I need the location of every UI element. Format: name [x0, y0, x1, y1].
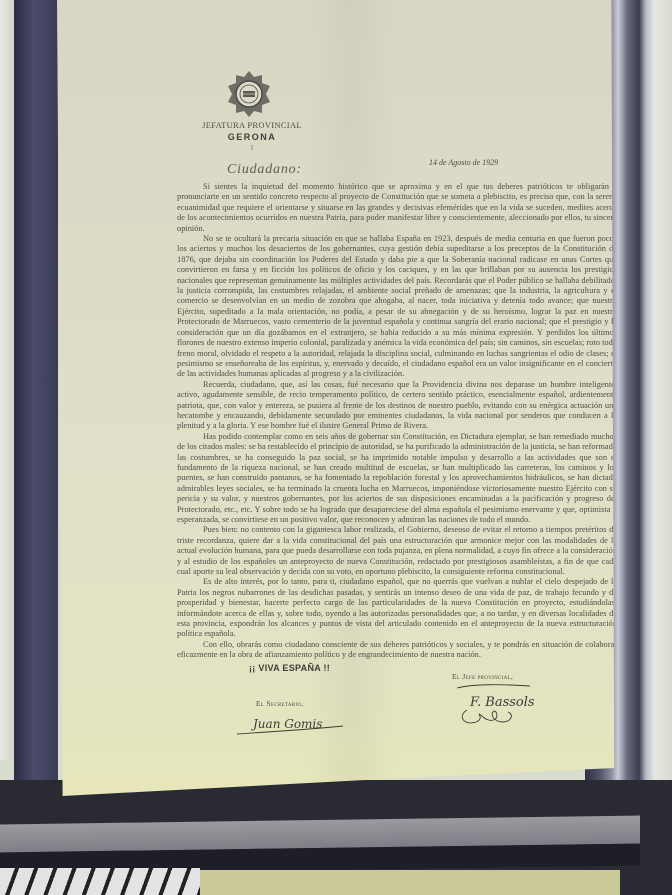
letter-body: Si sientes la inquietud del momento hist…: [177, 182, 617, 661]
office-mark: Ⅰ: [247, 144, 257, 152]
salutation: Ciudadano:: [227, 162, 302, 178]
provincial-crest-icon: [225, 70, 273, 118]
svg-text:Juan Gomis: Juan Gomis: [250, 717, 322, 731]
display-case-frame-left: [14, 0, 58, 895]
proclamation-document: JEFATURA PROVINCIAL GERONA Ⅰ Ciudadano: …: [57, 0, 617, 800]
paragraph: No se te ocultará la precaria situación …: [177, 234, 617, 380]
paragraph: Has podido contemplar como en seis años …: [177, 432, 617, 526]
jefe-signature: F. Bassols: [452, 680, 537, 730]
svg-text:F. Bassols: F. Bassols: [469, 695, 535, 710]
secretario-signature: Juan Gomis: [235, 706, 345, 746]
paragraph: Si sientes la inquietud del momento hist…: [177, 182, 617, 234]
closing-exclamation: ¡¡ VIVA ESPAÑA !!: [249, 663, 330, 673]
office-city: GERONA: [197, 132, 307, 142]
paragraph: Pues bien: no contento con la gigantesca…: [177, 525, 617, 577]
paragraph: Recuerda, ciudadano, que, así las cosas,…: [177, 380, 617, 432]
letter-date: 14 de Agosto de 1929: [429, 158, 498, 167]
paragraph: Con ello, obrarás como ciudadano conscie…: [177, 640, 617, 661]
lower-display-item: [0, 868, 200, 895]
lower-document-edge: [200, 870, 620, 895]
paragraph: Es de alto interés, por lo tanto, para t…: [177, 577, 617, 639]
office-name: JEFATURA PROVINCIAL: [197, 120, 307, 130]
